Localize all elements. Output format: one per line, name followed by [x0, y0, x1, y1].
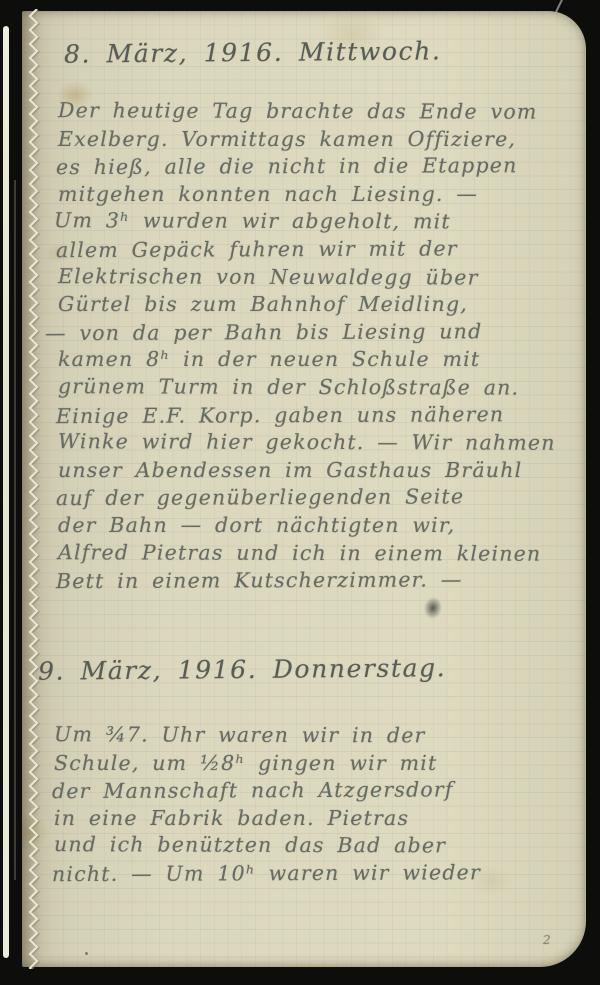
entry-line: der Mannschaft nach Atzgersdorf — [52, 776, 578, 806]
entry-line: Elektrischen von Neuwaldegg über — [58, 263, 580, 292]
entry-line: Bett in einem Kutscherzimmer. — — [56, 566, 578, 596]
entry-line: und ich benützten das Bad aber — [54, 832, 580, 861]
entry-line: Schule, um ½8ʰ gingen wir mit — [54, 750, 580, 778]
entry-line: Gürtel bis zum Bahnhof Meidling, — [58, 291, 580, 319]
scanned-diary-photo: { "page": { "number": "2", "entries": [ … — [0, 0, 600, 985]
entry-body-march-8: Der heutige Tag brachte das Ende vom Exe… — [58, 98, 580, 595]
binding-stitches-svg — [26, 9, 42, 969]
entry-line: grünem Turm in der Schloßstraße an. — [58, 373, 580, 402]
paper-speck — [85, 952, 88, 955]
entry-line: Um ¾7. Uhr waren wir in der — [54, 721, 580, 750]
entry-line: es hieß, alle die nicht in die Etappen — [56, 152, 578, 182]
entry-line: der Bahn — dort nächtigten wir, — [58, 512, 580, 540]
entry-line: in eine Fabrik baden. Pietras — [54, 805, 580, 833]
entry-line: Exelberg. Vormittags kamen Offiziere, — [58, 126, 580, 154]
entry-line: kamen 8ʰ in der neuen Schule mit — [58, 346, 580, 374]
page-number: 2 — [543, 933, 551, 947]
entry-line: allem Gepäck fuhren wir mit der — [56, 235, 578, 265]
adjacent-page-edge — [3, 26, 9, 958]
adjacent-page-edge-inner — [14, 180, 16, 880]
entry-line: nicht. — Um 10ʰ waren wir wieder — [52, 859, 578, 889]
entry-line: auf der gegenüberliegenden Seite — [56, 483, 578, 513]
entry-line: Einige E.F. Korp. gaben uns näheren — [56, 400, 578, 430]
entry-body-march-9: Um ¾7. Uhr waren wir in der Schule, um ½… — [54, 722, 580, 888]
entry-line: unser Abendessen im Gasthaus Bräuhl — [58, 457, 580, 485]
entry-line: — von da per Bahn bis Liesing und — [45, 318, 578, 348]
entry-line: Alfred Pietras und ich in einem kleinen — [58, 539, 580, 568]
entry-line: Der heutige Tag brachte das Ende vom — [58, 97, 580, 126]
entry-line: mitgehen konnten nach Liesing. — — [58, 181, 580, 209]
entry-line: Winke wird hier gekocht. — Wir nahmen — [58, 428, 580, 457]
entry-heading-march-8: 8. März, 1916. Mittwoch. — [64, 36, 442, 68]
entry-line: Um 3ʰ wurden wir abgeholt, mit — [54, 208, 580, 237]
entry-heading-march-9: 9. März, 1916. Donnerstag. — [38, 653, 446, 686]
